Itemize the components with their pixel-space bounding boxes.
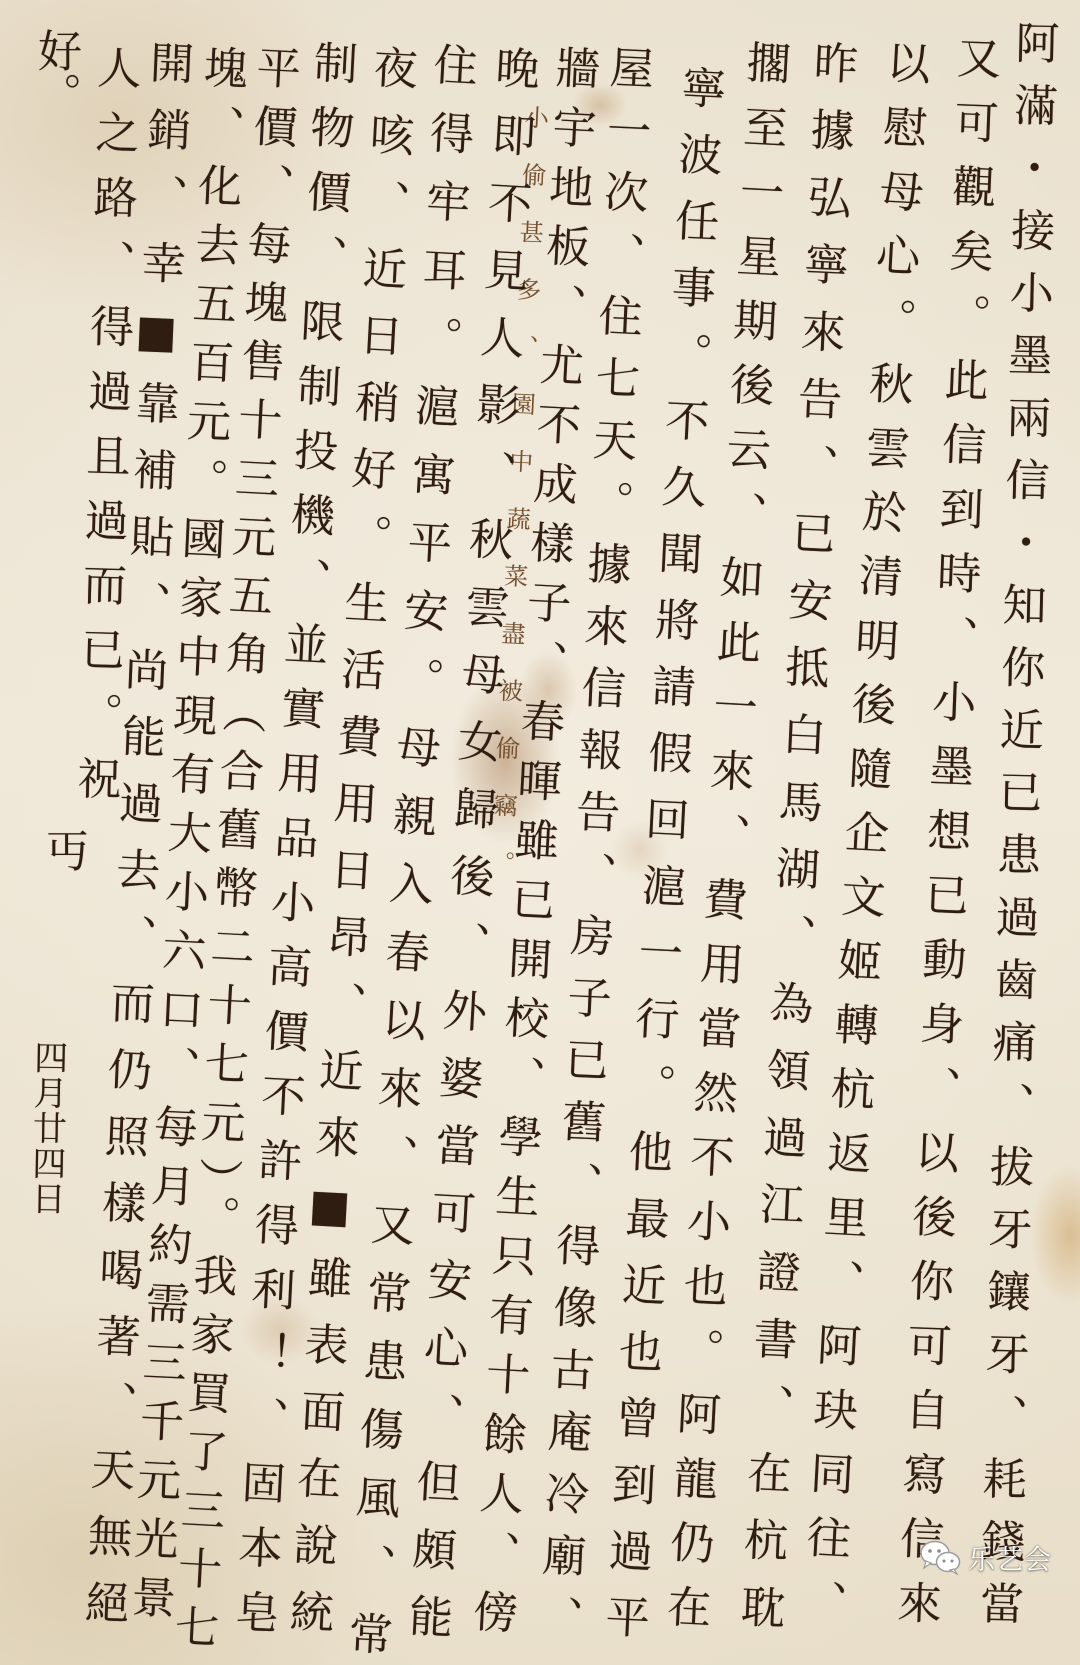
closing-text: 好。 <box>25 28 85 123</box>
letter-date: 四月廿四日 <box>23 1040 70 1216</box>
watermark: 乐艺会 <box>918 1536 1052 1578</box>
signature: 丏 <box>32 828 92 888</box>
watermark-text: 乐艺会 <box>968 1538 1052 1577</box>
letter-page: 阿滿・接小墨兩信・知你近已患過齒痛、拔牙鑲牙、耗錢當 又可觀矣。此信到時、小墨想… <box>0 0 1080 1665</box>
wechat-icon <box>918 1538 962 1576</box>
